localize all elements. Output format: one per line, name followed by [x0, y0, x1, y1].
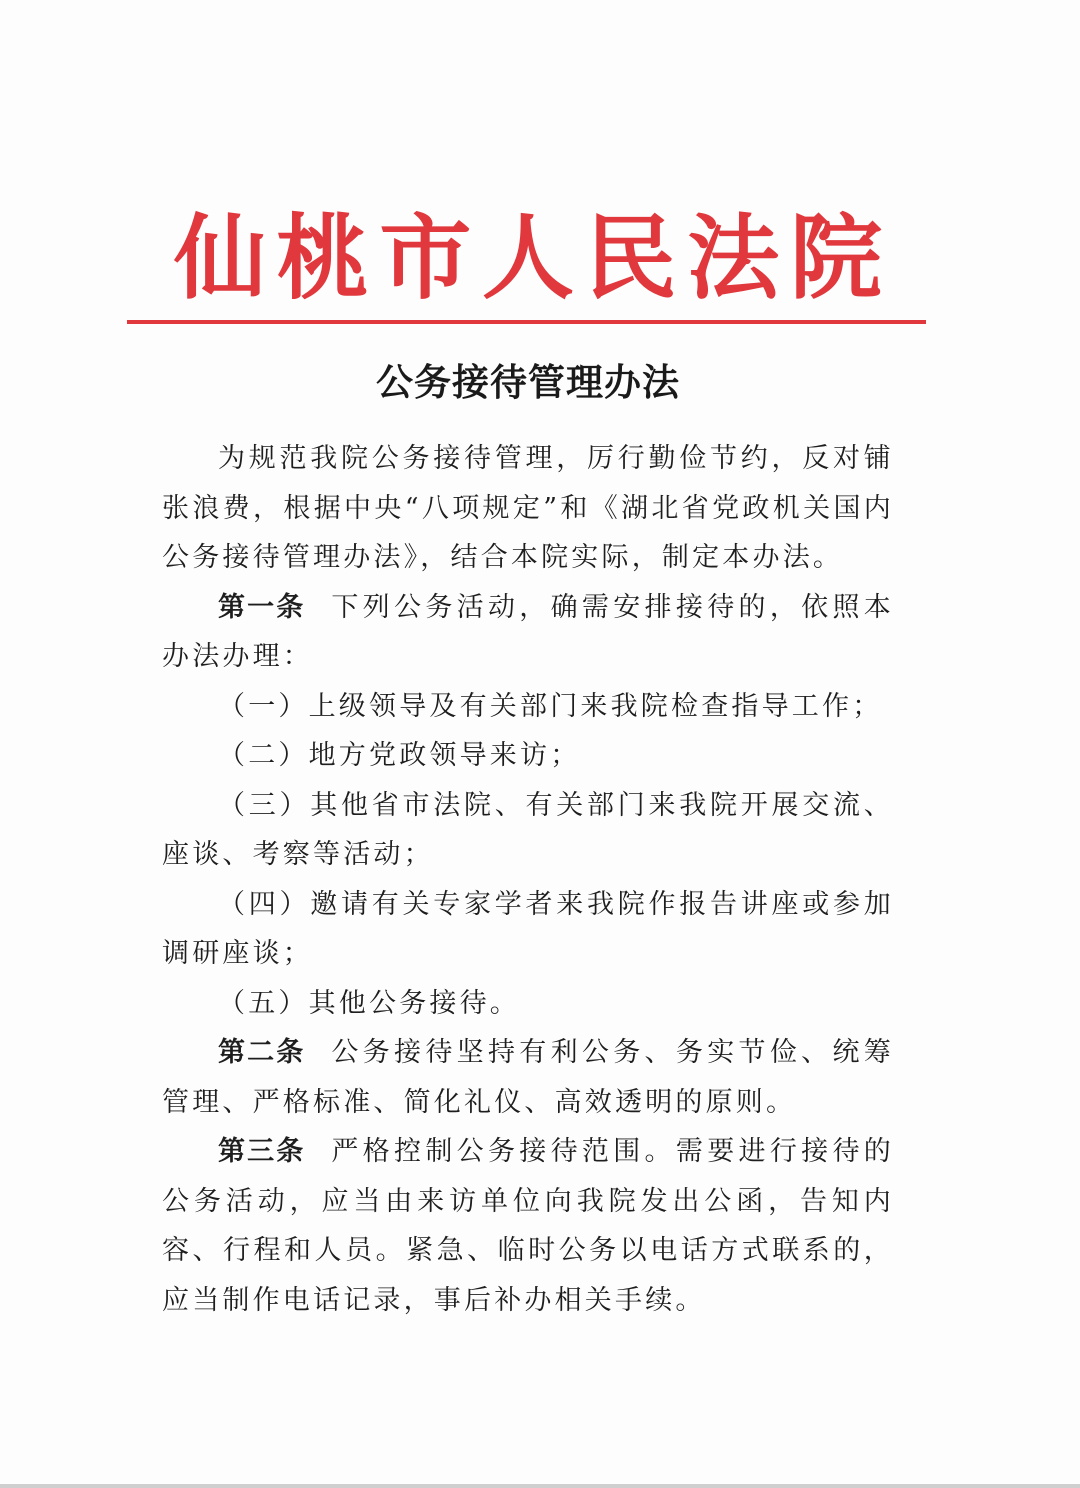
issuer-char: 桃: [277, 185, 369, 317]
document-title: 公务接待管理办法: [0, 352, 1056, 406]
article-1-item: （三）其他省市法院、有关部门来我院开展交流、座谈、考察等活动；: [162, 781, 894, 880]
issuer-char: 市: [379, 185, 471, 317]
article-2: 第二条公务接待坚持有利公务、务实节俭、统筹管理、严格标准、简化礼仪、高效透明的原…: [162, 1028, 894, 1127]
issuer-char: 法: [687, 185, 779, 317]
article-label: 第二条: [218, 1037, 305, 1068]
page-bottom-edge: [0, 1484, 1080, 1488]
header-red-rule: [127, 320, 926, 324]
article-label: 第一条: [218, 592, 305, 623]
article-1-item: （二）地方党政领导来访；: [162, 731, 894, 781]
preamble-paragraph: 为规范我院公务接待管理，厉行勤俭节约，反对铺张浪费，根据中央“八项规定”和《湖北…: [162, 434, 894, 583]
article-1-item: （一）上级领导及有关部门来我院检查指导工作；: [162, 682, 894, 732]
issuer-char: 仙: [174, 185, 266, 317]
article-1-item: （四）邀请有关专家学者来我院作报告讲座或参加调研座谈；: [162, 880, 894, 979]
issuer-char: 院: [790, 185, 882, 317]
issuer-header: 仙 桃 市 人 民 法 院: [128, 196, 928, 306]
article-1-item: （五）其他公务接待。: [162, 979, 894, 1029]
issuer-char: 人: [482, 185, 574, 317]
article-1: 第一条下列公务活动，确需安排接待的，依照本办法办理：: [162, 583, 894, 682]
issuer-char: 民: [585, 185, 677, 317]
document-body: 为规范我院公务接待管理，厉行勤俭节约，反对铺张浪费，根据中央“八项规定”和《湖北…: [162, 434, 894, 1325]
article-label: 第三条: [218, 1136, 305, 1167]
article-3: 第三条严格控制公务接待范围。需要进行接待的公务活动，应当由来访单位向我院发出公函…: [162, 1127, 894, 1325]
